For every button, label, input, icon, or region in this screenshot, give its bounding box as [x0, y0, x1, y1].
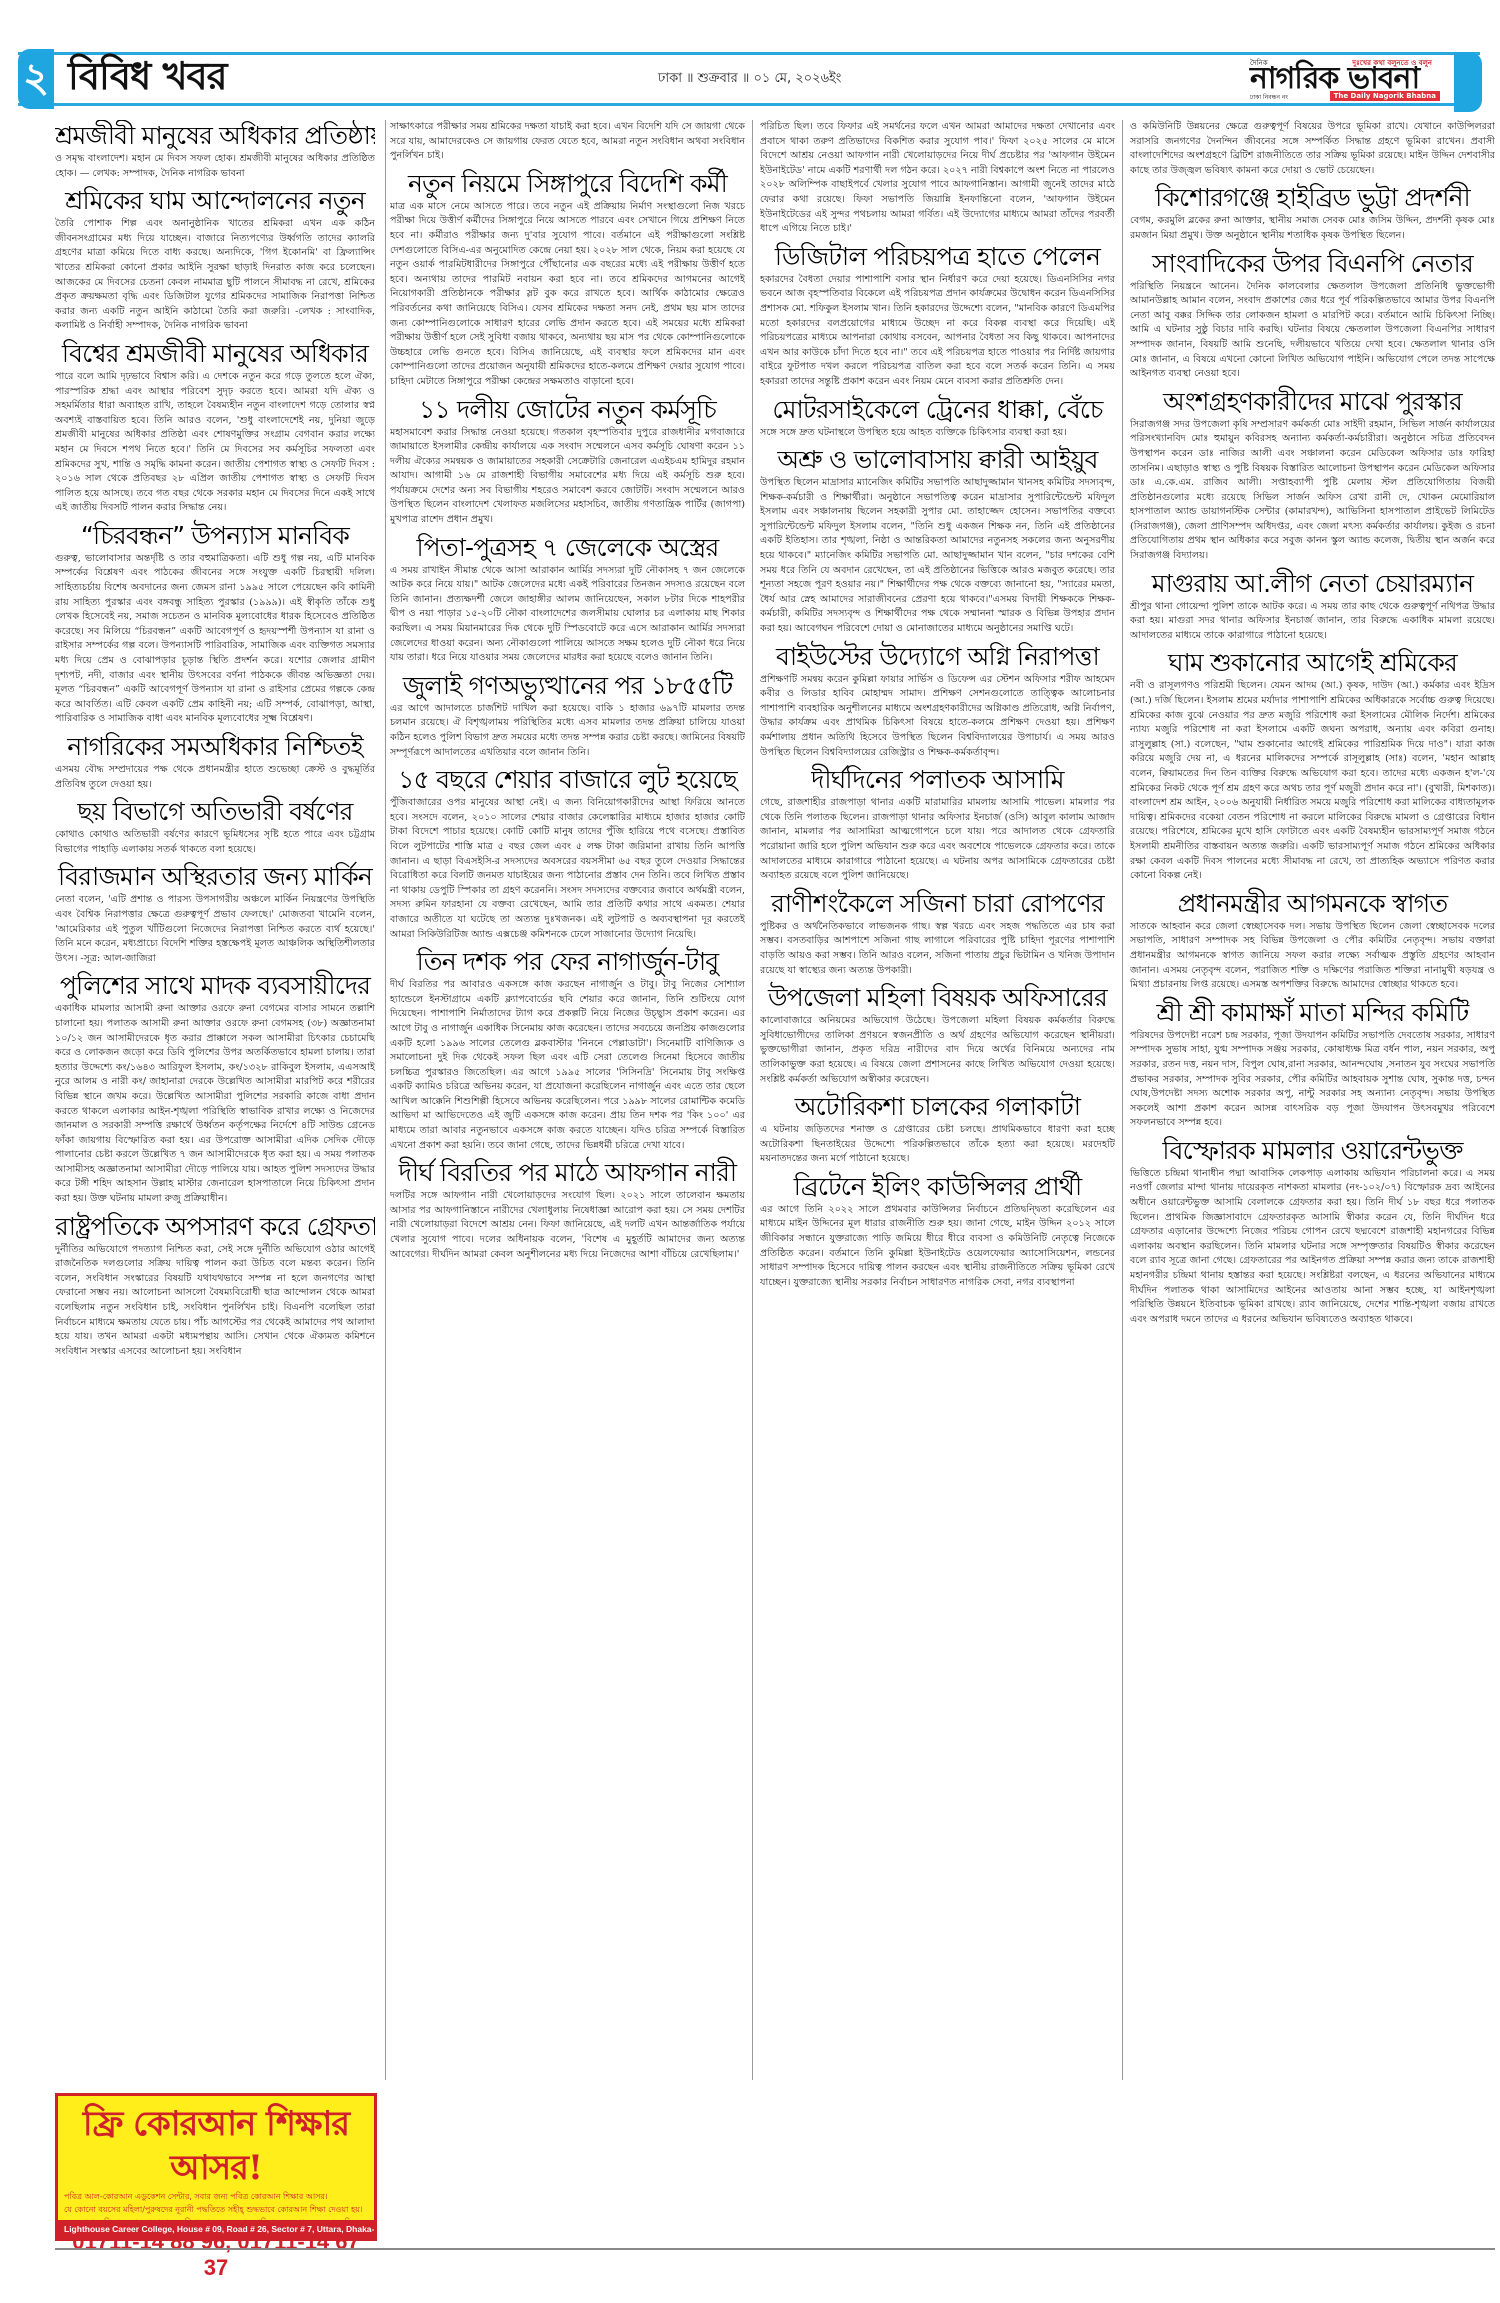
- article: ১৫ বছরে শেয়ার বাজারে লুট হয়েছেপুঁজিবাজ…: [390, 764, 745, 942]
- article: সাংবাদিকের উপর বিএনপি নেতারপরিস্থিতি নিয…: [1130, 248, 1495, 382]
- quran-class-advertisement[interactable]: ফ্রি কোরআন শিক্ষার আসর! পবিত্র আল-কোরআন …: [55, 2093, 377, 2241]
- headline[interactable]: “চিরবন্ধন” উপন্যাস মানবিক: [55, 520, 375, 552]
- headline[interactable]: অংশগ্রহণকারীদের মাঝে পুরস্কার: [1130, 386, 1495, 418]
- headline[interactable]: ১১ দলীয় জোটের নতুন কর্মসূচি: [390, 394, 745, 426]
- article-body: কালোবাজারে অনিয়মের অভিযোগ উঠেছে। উপজেলা…: [760, 1014, 1115, 1087]
- article: সাক্ষাৎকারে পরীক্ষার সময় শ্রমিকের দক্ষত…: [390, 120, 745, 164]
- column-3: পরিচিত ছিল। তবে ফিফার এই সমর্থনের ফলে এখ…: [760, 120, 1115, 1294]
- column-4: ও কমিউনিটি উন্নয়নের ক্ষেত্রে গুরুত্বপূর…: [1130, 120, 1495, 1331]
- article-body: পরিষদের উপদেষ্টা নরেশ চন্দ্র সরকার, পূজা…: [1130, 1029, 1495, 1131]
- article: প্রধানমন্ত্রীর আগমনকে স্বাগতসাতকে আহবান …: [1130, 888, 1495, 993]
- article: ১১ দলীয় জোটের নতুন কর্মসূচিমহাসমাবেশ কর…: [390, 394, 745, 528]
- headline[interactable]: শ্রমজীবী মানুষের অধিকার প্রতিষ্ঠায়: [55, 120, 375, 152]
- article: শ্রী শ্রী কামাক্ষাঁ মাতা মন্দির কমিটিপরি…: [1130, 997, 1495, 1131]
- article-body: সাতকে আহবান করে জেলা স্বেচ্ছাসেবক দল। সভ…: [1130, 920, 1495, 993]
- article: ছয় বিভাগে অতিভারী বর্ষণেরকোথাও কোথাও অত…: [55, 796, 375, 857]
- masthead-end-cap: [1454, 52, 1482, 112]
- article-body: পরিচিত ছিল। তবে ফিফার এই সমর্থনের ফলে এখ…: [760, 120, 1115, 237]
- logo-registration: ঢাকা নিবন্ধন নং: [1250, 92, 1288, 103]
- article: অংশগ্রহণকারীদের মাঝে পুরস্কারসিরাজগঞ্জ স…: [1130, 386, 1495, 564]
- newspaper-logo: দৈনিক দুঃখের কথা বলুনতে ও বলুন নাগরিক ভা…: [1250, 57, 1440, 103]
- article: বাইউস্টের উদ্যোগে অগ্নি নিরাপত্তাপ্রশিক্…: [760, 641, 1115, 761]
- article: কিশোরগঞ্জে হাইব্রিড ভুট্টা প্রদর্শনীবেগম…: [1130, 182, 1495, 243]
- ad-title: ফ্রি কোরআন শিক্ষার আসর!: [58, 2102, 374, 2190]
- article: বিস্ফোরক মামলার ওয়ারেন্টভুক্তভিত্তিতে চ…: [1130, 1135, 1495, 1328]
- headline[interactable]: দীর্ঘ বিরতির পর মাঠে আফগান নারী: [390, 1157, 745, 1189]
- headline[interactable]: তিন দশক পর ফের নাগার্জুন-টাবু: [390, 946, 745, 978]
- headline[interactable]: ডিজিটাল পরিচয়পত্র হাতে পেলেন: [760, 241, 1115, 273]
- article: ঘাম শুকানোর আগেই শ্রমিকেরনবী ও রাসূলগণও …: [1130, 647, 1495, 883]
- article-body: দুর্নীতির অভিযোগে পদত্যাগ নিশ্চিত করা, স…: [55, 1243, 375, 1360]
- article-body: তৈরি পোশাক শিল্প এবং অনানুষ্ঠানিক খাতের …: [55, 217, 375, 334]
- masthead: ২ বিবিধ খবর ঢাকা ॥ শুক্রবার ॥ ০১ মে, ২০২…: [18, 52, 1480, 106]
- column-2: সাক্ষাৎকারে পরীক্ষার সময় শ্রমিকের দক্ষত…: [390, 120, 745, 1266]
- headline[interactable]: পুলিশের সাথে মাদক ব্যবসায়ীদের: [55, 970, 375, 1002]
- article: পুলিশের সাথে মাদক ব্যবসায়ীদেরএকাধিক মাম…: [55, 970, 375, 1206]
- article-body: উপস্থিত ছিলেন মাদ্রাসার ম্যানেজিং কমিটির…: [760, 476, 1115, 637]
- headline[interactable]: দীর্ঘদিনের পলাতক আসামি: [760, 764, 1115, 796]
- article-body: এর আগে আদালতে চার্জশিট দাখিল করা হয়েছে।…: [390, 702, 745, 760]
- headline[interactable]: অটোরিকশা চালকের গলাকাটা: [760, 1091, 1115, 1123]
- article-body: কোথাও কোথাও অতিভারী বর্ষণের কারণে ভূমিধস…: [55, 828, 375, 857]
- article-body: গেছে, রাজশাহীর রাজপাড়া থানার একটি মারাম…: [760, 796, 1115, 884]
- article-body: পারে বলে আমি দৃঢ়ভাবে বিশ্বাস করি। এ দেশ…: [55, 370, 375, 516]
- article-body: ও কমিউনিটি উন্নয়নের ক্ষেত্রে গুরুত্বপূর…: [1130, 120, 1495, 178]
- article: জুলাই গণঅভ্যুত্থানের পর ১৮৫৫টিএর আগে আদা…: [390, 670, 745, 760]
- headline[interactable]: অশ্রু ও ভালোবাসায় ক্বারী আইয়ুব: [760, 444, 1115, 476]
- article-body: বেগম, করমুলি ব্লকের রুনা আক্তার, স্থানীয…: [1130, 214, 1495, 243]
- article-body: সঙ্গে সঙ্গে দ্রুত ঘটনাস্থলে উপস্থিত হয়ে…: [760, 426, 1115, 441]
- article-body: নবী ও রাসূলগণও পরিশ্রমী ছিলেন। যেমন আদম …: [1130, 679, 1495, 883]
- headline[interactable]: নতুন নিয়মে সিঙ্গাপুরে বিদেশি কর্মী: [390, 168, 745, 200]
- logo-english-name: The Daily Nagorik Bhabna: [1330, 91, 1440, 101]
- article: নাগরিকের সমঅধিকার নিশ্চিতইএসময় বৌদ্ধ সম…: [55, 731, 375, 792]
- article: পরিচিত ছিল। তবে ফিফার এই সমর্থনের ফলে এখ…: [760, 120, 1115, 237]
- article-body: মাত্র এক মাসে নেমে আসতে পারে। তবে নতুন এ…: [390, 200, 745, 390]
- column-1: শ্রমজীবী মানুষের অধিকার প্রতিষ্ঠায়ও সমৃ…: [55, 120, 375, 1363]
- article-body: সাক্ষাৎকারে পরীক্ষার সময় শ্রমিকের দক্ষত…: [390, 120, 745, 164]
- headline[interactable]: ব্রিটেনে ইলিং কাউন্সিলর প্রার্থী: [760, 1171, 1115, 1203]
- headline[interactable]: বিস্ফোরক মামলার ওয়ারেন্টভুক্ত: [1130, 1135, 1495, 1167]
- article: অশ্রু ও ভালোবাসায় ক্বারী আইয়ুবউপস্থিত …: [760, 444, 1115, 637]
- headline[interactable]: কিশোরগঞ্জে হাইব্রিড ভুট্টা প্রদর্শনী: [1130, 182, 1495, 214]
- article: বিশ্বের শ্রমজীবী মানুষের অধিকারপারে বলে …: [55, 338, 375, 516]
- headline[interactable]: বিশ্বের শ্রমজীবী মানুষের অধিকার: [55, 338, 375, 370]
- article-body: এসময় বৌদ্ধ সম্প্রদায়ের পক্ষ থেকে প্রধা…: [55, 763, 375, 792]
- headline[interactable]: ১৫ বছরে শেয়ার বাজারে লুট হয়েছে: [390, 764, 745, 796]
- article-body: পুঁজিবাজারের ওপর মানুষের আস্থা নেই। এ জন…: [390, 796, 745, 942]
- article-body: এ ঘটনায় জড়িতদের শনাক্ত ও গ্রেপ্তারের চ…: [760, 1123, 1115, 1167]
- article: শ্রমজীবী মানুষের অধিকার প্রতিষ্ঠায়ও সমৃ…: [55, 120, 375, 181]
- article: ডিজিটাল পরিচয়পত্র হাতে পেলেনহকারদের বৈধ…: [760, 241, 1115, 390]
- page-bottom-rule: [55, 2248, 1495, 2250]
- article: পিতা-পুত্রসহ ৭ জেলেকে অস্ত্রেরএ সময় রাখ…: [390, 532, 745, 666]
- dateline: ঢাকা ॥ শুক্রবার ॥ ০১ মে, ২০২৬ইং: [658, 69, 841, 90]
- headline[interactable]: রাণীশংকৈলে সজিনা চারা রোপণের: [760, 888, 1115, 920]
- article: শ্রমিকের ঘাম আন্দোলনের নতুনতৈরি পোশাক শি…: [55, 185, 375, 334]
- article-body: পরিস্থিতি নিয়ন্ত্রনে আনেন। দৈনিক কালবেল…: [1130, 280, 1495, 382]
- article-body: পুষ্টিকর ও অর্থনৈতিকভাবে লাভজনক গাছ। স্ব…: [760, 920, 1115, 978]
- article-body: দীর্ঘ বিরতির পর আবারও একসঙ্গে কাজ করছেন …: [390, 978, 745, 1153]
- headline[interactable]: বিরাজমান অস্থিরতার জন্য মার্কিন: [55, 861, 375, 893]
- article-body: একাধিক মামলার আসামী রুনা আক্তার ওরফে রুন…: [55, 1002, 375, 1206]
- article-body: মহাসমাবেশ করার সিদ্ধান্ত নেওয়া হয়েছে। …: [390, 426, 745, 528]
- article-body: সিরাজগঞ্জ সদর উপজেলা কৃষি সম্প্রসারণ কর্…: [1130, 418, 1495, 564]
- article: রাণীশংকৈলে সজিনা চারা রোপণেরপুষ্টিকর ও অ…: [760, 888, 1115, 978]
- page-number: ২: [18, 49, 54, 109]
- headline[interactable]: শ্রী শ্রী কামাক্ষাঁ মাতা মন্দির কমিটি: [1130, 997, 1495, 1029]
- section-title: বিবিধ খবর: [68, 47, 227, 111]
- article-body: ভিত্তিতে চন্দ্রিমা থানাধীন পদ্মা আবাসিক …: [1130, 1167, 1495, 1328]
- ad-address: Lighthouse Career College, House # 09, R…: [58, 2220, 374, 2238]
- article: মাগুরায় আ.লীগ নেতা চেয়ারম্যানশ্রীপুর থ…: [1130, 568, 1495, 644]
- article: বিরাজমান অস্থিরতার জন্য মার্কিননেতা বলেন…: [55, 861, 375, 966]
- ad-line: পবিত্র আল-কোরআন এডুকেশন সেন্টার, সবার জন…: [58, 2190, 374, 2203]
- headline[interactable]: শ্রমিকের ঘাম আন্দোলনের নতুন: [55, 185, 375, 217]
- headline[interactable]: নাগরিকের সমঅধিকার নিশ্চিতই: [55, 731, 375, 763]
- article: দীর্ঘদিনের পলাতক আসামিগেছে, রাজশাহীর রাজ…: [760, 764, 1115, 884]
- headline[interactable]: প্রধানমন্ত্রীর আগমনকে স্বাগত: [1130, 888, 1495, 920]
- headline[interactable]: বাইউস্টের উদ্যোগে অগ্নি নিরাপত্তা: [760, 641, 1115, 673]
- article: রাষ্ট্রপতিকে অপসারণ করে গ্রেফতারদুর্নীতি…: [55, 1211, 375, 1360]
- headline[interactable]: ঘাম শুকানোর আগেই শ্রমিকের: [1130, 647, 1495, 679]
- article-body: দলটির সঙ্গে আফগান নারী খেলোয়াড়দের সংযো…: [390, 1189, 745, 1262]
- article-body: শ্রীপুর থানা গোয়েন্দা পুলিশ তাকে আটক কর…: [1130, 600, 1495, 644]
- headline[interactable]: মোটরসাইকেলে ট্রেনের ধাক্কা, বেঁচে: [760, 394, 1115, 426]
- article: “চিরবন্ধন” উপন্যাস মানবিকগুরুত্ব, ভালোবা…: [55, 520, 375, 727]
- headline[interactable]: জুলাই গণঅভ্যুত্থানের পর ১৮৫৫টি: [390, 670, 745, 702]
- headline[interactable]: রাষ্ট্রপতিকে অপসারণ করে গ্রেফতার: [55, 1211, 375, 1243]
- article: ব্রিটেনে ইলিং কাউন্সিলর প্রার্থীএর আগে ত…: [760, 1171, 1115, 1291]
- article-body: হকারদের বৈধতা দেয়ার পাশাপাশি বসার স্থান…: [760, 273, 1115, 390]
- article: অটোরিকশা চালকের গলাকাটাএ ঘটনায় জড়িতদের…: [760, 1091, 1115, 1167]
- article-body: নেতা বলেন, 'এটি প্রশান্ত ও পারস্য উপসাগর…: [55, 893, 375, 966]
- article: মোটরসাইকেলে ট্রেনের ধাক্কা, বেঁচেসঙ্গে স…: [760, 394, 1115, 441]
- headline[interactable]: উপজেলা মহিলা বিষয়ক অফিসারের: [760, 982, 1115, 1014]
- article-body: ও সমৃদ্ধ বাংলাদেশ। মহান মে দিবস সফল হোক।…: [55, 152, 375, 181]
- article: তিন দশক পর ফের নাগার্জুন-টাবুদীর্ঘ বিরতি…: [390, 946, 745, 1153]
- article: নতুন নিয়মে সিঙ্গাপুরে বিদেশি কর্মীমাত্র…: [390, 168, 745, 390]
- article-body: গুরুত্ব, ভালোবাসার অন্তর্দৃষ্টি ও তার বহ…: [55, 552, 375, 727]
- article-body: প্রশিক্ষণটি সমন্বয় করেন কুমিল্লা ফায়ার…: [760, 673, 1115, 761]
- article: উপজেলা মহিলা বিষয়ক অফিসারেরকালোবাজারে অ…: [760, 982, 1115, 1087]
- article: দীর্ঘ বিরতির পর মাঠে আফগান নারীদলটির সঙ্…: [390, 1157, 745, 1262]
- headline[interactable]: মাগুরায় আ.লীগ নেতা চেয়ারম্যান: [1130, 568, 1495, 600]
- headline[interactable]: পিতা-পুত্রসহ ৭ জেলেকে অস্ত্রের: [390, 532, 745, 564]
- headline[interactable]: সাংবাদিকের উপর বিএনপি নেতার: [1130, 248, 1495, 280]
- article: ও কমিউনিটি উন্নয়নের ক্ষেত্রে গুরুত্বপূর…: [1130, 120, 1495, 178]
- ad-line: যে কোনো বয়সের মহিলা/পুরুষদের নূরানী পদ্…: [58, 2203, 374, 2216]
- news-columns: শ্রমজীবী মানুষের অধিকার প্রতিষ্ঠায়ও সমৃ…: [55, 120, 1495, 2220]
- headline[interactable]: ছয় বিভাগে অতিভারী বর্ষণের: [55, 796, 375, 828]
- article-body: এর আগে তিনি ২০২২ সালে প্রথমবার কাউন্সিলর…: [760, 1203, 1115, 1291]
- article-body: এ সময় রাখাইন সীমান্ত থেকে আসা আরাকান আর…: [390, 564, 745, 666]
